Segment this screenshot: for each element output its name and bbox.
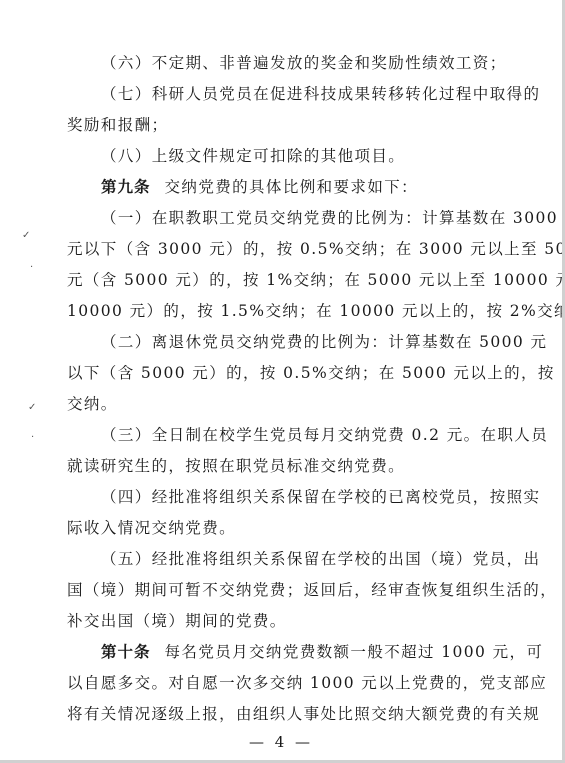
text-line: （五）经批准将组织关系保留在学校的出国（境）党员，出 [67,544,501,575]
line-text: 元（含 5000 元）的，按 1%交纳；在 5000 元以上至 10000 元（… [67,271,565,289]
text-line: （一）在职教职工党员交纳党费的比例为：计算基数在 3000 [67,203,501,234]
text-line: （六）不定期、非普遍发放的奖金和奖励性绩效工资； [67,48,501,79]
line-text: （一）在职教职工党员交纳党费的比例为：计算基数在 3000 [101,209,558,227]
text-line: 补交出国（境）期间的党费。 [67,606,501,637]
line-text: 以自愿多交。对自愿一次多交纳 1000 元以上党费的，党支部应 [67,674,547,692]
text-line: （八）上级文件规定可扣除的其他项目。 [67,141,501,172]
line-text: （六）不定期、非普遍发放的奖金和奖励性绩效工资； [101,54,507,72]
line-text: 交纳。 [67,395,118,413]
line-text: 奖励和报酬； [67,116,168,134]
text-line: 国（境）期间可暂不交纳党费；返回后，经审查恢复组织生活的， [67,575,501,606]
line-text: 元以下（含 3000 元）的，按 0.5%交纳；在 3000 元以上至 5000 [67,240,565,258]
text-line: 就读研究生的，按照在职党员标准交纳党费。 [67,451,501,482]
line-text: 交纳党费的具体比例和要求如下： [165,178,419,196]
line-text: 际收入情况交纳党费。 [67,519,236,537]
article-heading: 第十条 [101,643,151,661]
margin-mark: ✓ [22,230,30,241]
line-text: 10000 元）的，按 1.5%交纳；在 10000 元以上的，按 2%交纳。 [67,302,565,320]
text-line: 际收入情况交纳党费。 [67,513,501,544]
line-text: （四）经批准将组织关系保留在学校的已离校党员，按照实 [101,488,540,506]
line-text: 就读研究生的，按照在职党员标准交纳党费。 [67,457,405,475]
page-number: — 4 — [0,733,562,751]
text-line: 以下（含 5000 元）的，按 0.5%交纳；在 5000 元以上的，按 1% [67,358,501,389]
line-text: 以下（含 5000 元）的，按 0.5%交纳；在 5000 元以上的，按 1% [67,364,565,382]
line-text: （二）离退休党员交纳党费的比例为：计算基数在 5000 元 [101,333,547,351]
document-body: （六）不定期、非普遍发放的奖金和奖励性绩效工资；（七）科研人员党员在促进科技成果… [67,48,501,730]
margin-mark: · [30,262,33,273]
line-text: 补交出国（境）期间的党费。 [67,612,287,630]
line-text: （五）经批准将组织关系保留在学校的出国（境）党员，出 [101,550,540,568]
text-line: 奖励和报酬； [67,110,501,141]
text-line: （七）科研人员党员在促进科技成果转移转化过程中取得的 [67,79,501,110]
text-line: 交纳。 [67,389,501,420]
text-line: 以自愿多交。对自愿一次多交纳 1000 元以上党费的，党支部应 [67,668,501,699]
line-text: （七）科研人员党员在促进科技成果转移转化过程中取得的 [101,85,540,103]
text-line: （三）全日制在校学生党员每月交纳党费 0.2 元。在职人员 [67,420,501,451]
article-heading: 第九条 [101,178,151,196]
line-text: 将有关情况逐级上报，由组织人事处比照交纳大额党费的有关规 [67,705,540,723]
line-text: 国（境）期间可暂不交纳党费；返回后，经审查恢复组织生活的， [67,581,557,599]
line-text: 每名党员月交纳党费数额一般不超过 1000 元，可 [165,643,544,661]
text-line: 元（含 5000 元）的，按 1%交纳；在 5000 元以上至 10000 元（… [67,265,501,296]
margin-mark: · [31,432,34,443]
text-line: 将有关情况逐级上报，由组织人事处比照交纳大额党费的有关规 [67,699,501,730]
article-line: 第十条每名党员月交纳党费数额一般不超过 1000 元，可 [67,637,501,668]
line-text: （八）上级文件规定可扣除的其他项目。 [101,147,405,165]
text-line: 元以下（含 3000 元）的，按 0.5%交纳；在 3000 元以上至 5000 [67,234,501,265]
article-line: 第九条交纳党费的具体比例和要求如下： [67,172,501,203]
document-page: （六）不定期、非普遍发放的奖金和奖励性绩效工资；（七）科研人员党员在促进科技成果… [0,0,562,760]
margin-mark: ✓ [28,402,36,413]
text-line: （四）经批准将组织关系保留在学校的已离校党员，按照实 [67,482,501,513]
text-line: 10000 元）的，按 1.5%交纳；在 10000 元以上的，按 2%交纳。 [67,296,501,327]
line-text: （三）全日制在校学生党员每月交纳党费 0.2 元。在职人员 [101,426,548,444]
text-line: （二）离退休党员交纳党费的比例为：计算基数在 5000 元 [67,327,501,358]
